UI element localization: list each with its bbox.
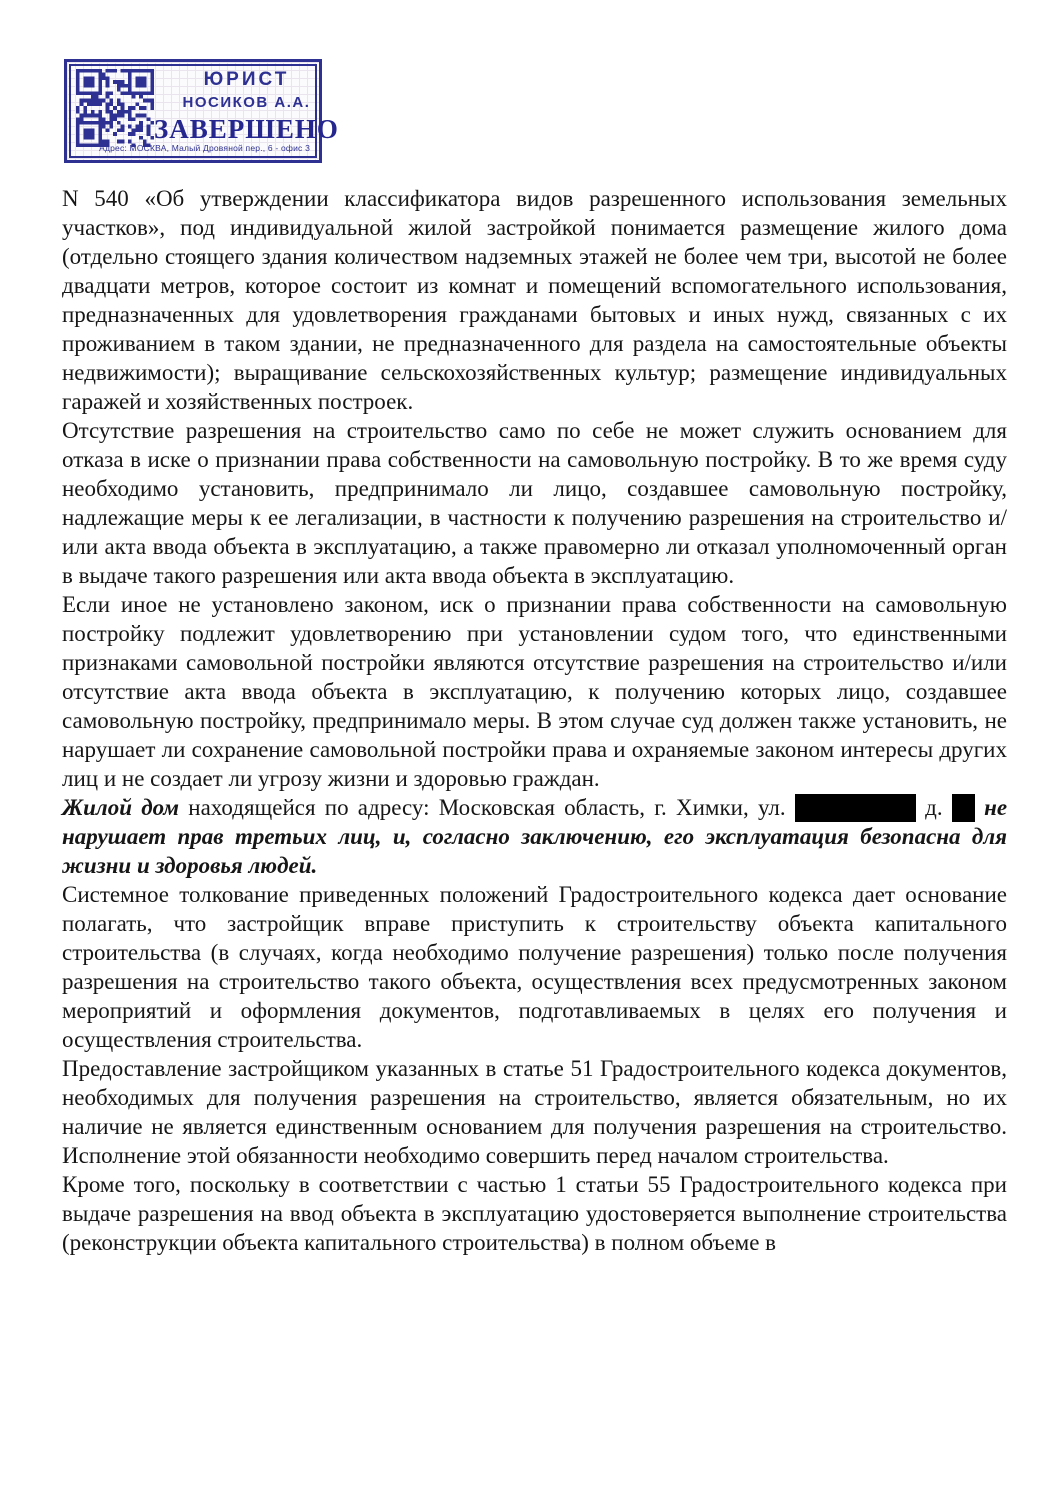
note-house-label: д.: [925, 795, 942, 820]
document-body: N 540 «Об утверждении классификатора вид…: [62, 184, 1007, 1257]
paragraph-classifier: N 540 «Об утверждении классификатора вид…: [62, 184, 1007, 416]
paragraph-systemic-interpretation: Системное толкование приведенных положен…: [62, 880, 1007, 1054]
stamp-title: ЮРИСТ: [154, 69, 339, 91]
house-number-redaction-box: [952, 794, 975, 822]
page: { "stamp": { "title": "ЮРИСТ", "name": "…: [0, 0, 1061, 1500]
paragraph-article-51: Предоставление застройщиком указанных в …: [62, 1054, 1007, 1170]
notary-stamp: ЮРИСТ НОСИКОВ А.А. ЗАВЕРШЕНО Адрес: МОСК…: [64, 59, 322, 163]
stamp-text-block: ЮРИСТ НОСИКОВ А.А. ЗАВЕРШЕНО: [154, 69, 339, 145]
paragraph-article-55: Кроме того, поскольку в соответствии с ч…: [62, 1170, 1007, 1257]
note-lead: Жилой дом: [62, 795, 179, 820]
street-redaction-box: [795, 794, 916, 822]
stamp-status: ЗАВЕРШЕНО: [154, 114, 339, 145]
note-address: находящейся по адресу: Московская област…: [188, 795, 785, 820]
stamp-inner-frame: ЮРИСТ НОСИКОВ А.А. ЗАВЕРШЕНО Адрес: МОСК…: [69, 64, 317, 158]
paragraph-permit-absence: Отсутствие разрешения на строительство с…: [62, 416, 1007, 590]
stamp-address: Адрес: МОСКВА, Малый Дровяной пер., 6 - …: [99, 143, 310, 153]
paragraph-residential-note: Жилой дом находящейся по адресу: Московс…: [62, 793, 1007, 880]
paragraph-claim-satisfaction: Если иное не установлено законом, иск о …: [62, 590, 1007, 793]
stamp-name: НОСИКОВ А.А.: [154, 94, 339, 111]
qr-code-icon: [76, 69, 154, 147]
